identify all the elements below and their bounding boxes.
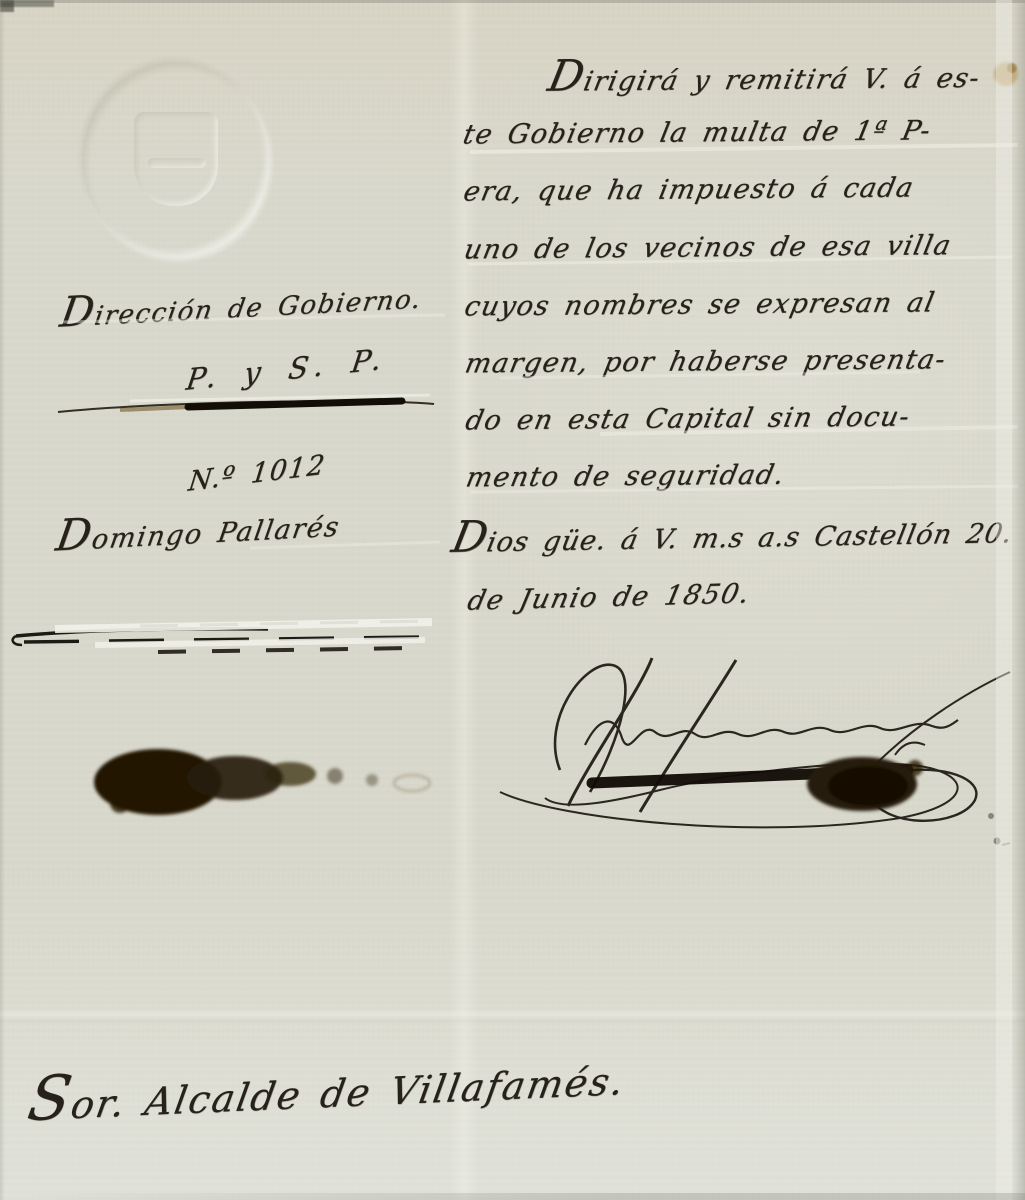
margin-strikeout-smear bbox=[13, 621, 432, 652]
signature-flourish bbox=[500, 658, 1010, 827]
addressee-line: Sor. Alcalde de Villafamés. bbox=[24, 1053, 630, 1129]
closing-date-line: de Junio de 1850. bbox=[465, 578, 754, 617]
margin-number-line: N.º 1012 bbox=[187, 449, 328, 498]
page-edge-top bbox=[0, 0, 1025, 3]
letter-body: Dirigirá y remitirá V. á es- te Gobierno… bbox=[460, 58, 1024, 520]
page-edge-bottom bbox=[0, 1193, 1025, 1200]
page-edge-left bbox=[0, 0, 5, 1200]
margin-rubric-dash bbox=[58, 395, 434, 412]
body-line-1: Dirigirá y remitirá V. á es- bbox=[454, 58, 1025, 120]
body-line-7: do en esta Capital sin docu- bbox=[457, 401, 1025, 463]
body-line-8: mento de seguridad. bbox=[458, 458, 1025, 520]
margin-name-line: Domingo Pallarés bbox=[53, 506, 343, 557]
page-edge-right-highlight bbox=[996, 0, 1012, 1200]
body-line-3: era, que ha impuesto á cada bbox=[455, 172, 1025, 234]
embossed-seal-bar bbox=[148, 158, 206, 168]
embossed-seal bbox=[82, 62, 270, 258]
margin-office-line: Dirección de Gobierno. bbox=[57, 278, 425, 333]
manuscript-letter-page: Dirección de Gobierno. P. y S. P. N.º 10… bbox=[0, 0, 1025, 1200]
horizontal-fold-crease bbox=[0, 1008, 1025, 1022]
body-line-6: margen, por haberse presenta- bbox=[457, 343, 1025, 405]
body-line-5: cuyos nombres se expresan al bbox=[456, 286, 1025, 348]
page-edge-right bbox=[1012, 0, 1025, 1200]
body-line-2: te Gobierno la multa de 1ª P- bbox=[455, 115, 1025, 177]
margin-section-line: P. y S. P. bbox=[184, 341, 391, 397]
signature-ink-blot bbox=[592, 757, 923, 811]
paper-tone-bottom bbox=[0, 860, 1025, 1200]
margin-ink-blot bbox=[94, 749, 430, 815]
body-line-4: uno de los vecinos de esa villa bbox=[456, 229, 1025, 291]
closing-valediction-line: Dios güe. á V. m.s a.s Castellón 20. bbox=[449, 513, 1017, 559]
